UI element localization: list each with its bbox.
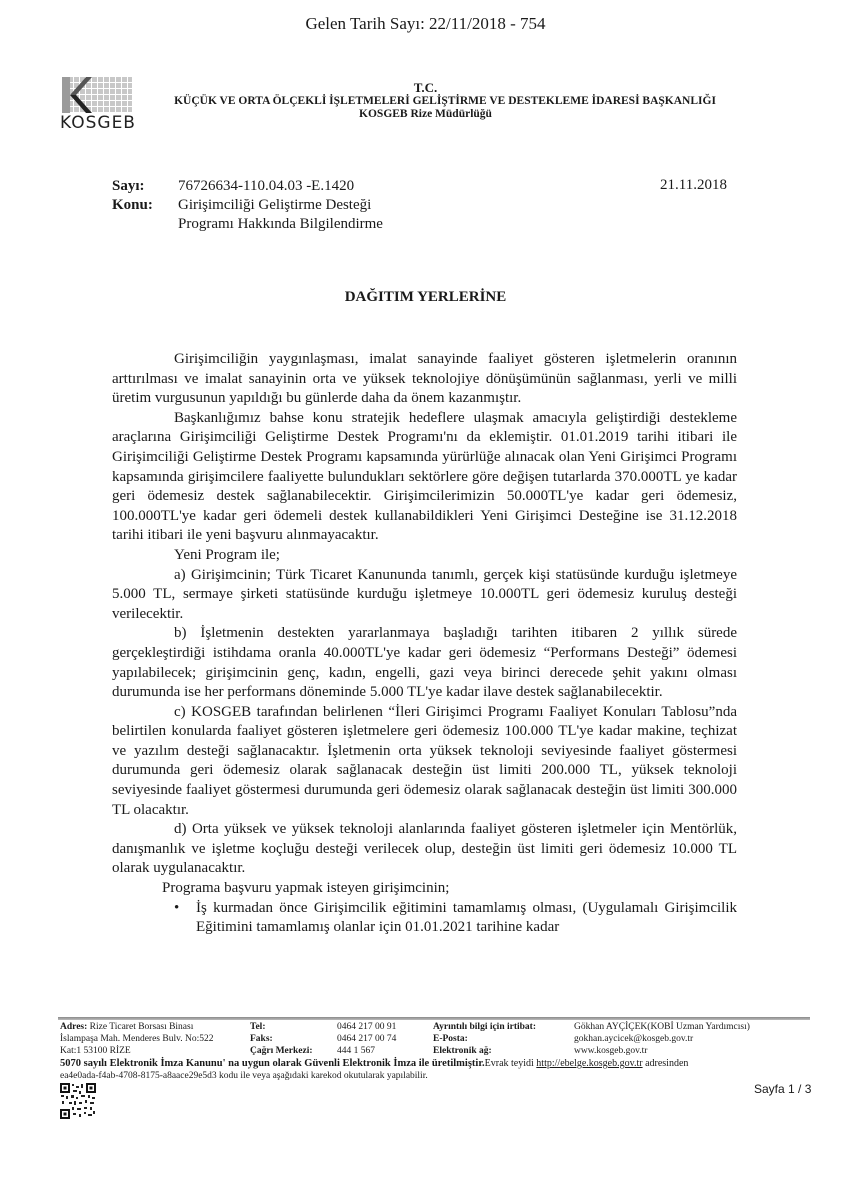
footer-divider: [58, 1017, 810, 1020]
sayi-value: 76726634-110.04.03 -E.1420: [178, 177, 354, 196]
document-date: 21.11.2018: [660, 177, 727, 194]
document-body: Girişimciliğin yaygınlaşması, imalat san…: [112, 350, 737, 938]
call-center-number: 444 1 567: [337, 1045, 396, 1057]
list-item: •İş kurmadan önce Girişimcilik eğitimini…: [112, 899, 737, 938]
phone-number: 0464 217 00 91: [337, 1021, 396, 1033]
paragraph-4: Programa başvuru yapmak isteyen girişimc…: [112, 879, 737, 899]
paragraph-1: Girişimciliğin yaygınlaşması, imalat san…: [112, 350, 737, 409]
item-b: b) İşletmenin destekten yararlanmaya baş…: [112, 624, 737, 702]
bullet-icon: •: [174, 899, 179, 919]
konu-line2: Programı Hakkında Bilgilendirme: [178, 215, 383, 234]
item-a: a) Girişimcinin; Türk Ticaret Kanununda …: [112, 566, 737, 625]
paragraph-3: Yeni Program ile;: [112, 546, 737, 566]
footer-address: Adres: Rize Ticaret Borsası Binası İslam…: [60, 1021, 213, 1057]
verification-link[interactable]: http://ebelge.kosgeb.gov.tr: [536, 1058, 642, 1069]
footer-phone-labels: Tel: Faks: Çağrı Merkezi:: [250, 1021, 313, 1057]
footer-contact-labels: Ayrıntılı bilgi için irtibat: E-Posta: E…: [433, 1021, 536, 1057]
header-institution: KÜÇÜK VE ORTA ÖLÇEKLİ İŞLETMELERİ GELİŞT…: [95, 95, 795, 107]
document-title: DAĞITIM YERLERİNE: [0, 289, 851, 306]
contact-email[interactable]: gokhan.aycicek@kosgeb.gov.tr: [574, 1033, 750, 1045]
sayi-label: Sayı:: [112, 177, 145, 196]
requirements-list: •İş kurmadan önce Girişimcilik eğitimini…: [112, 899, 737, 938]
item-d: d) Orta yüksek ve yüksek teknoloji alanl…: [112, 820, 737, 879]
website-link[interactable]: www.kosgeb.gov.tr: [574, 1045, 750, 1057]
fax-number: 0464 217 00 74: [337, 1033, 396, 1045]
verification-code: ea4e0ada-f4ab-4708-8175-a8aace29e5d3 kod…: [60, 1071, 428, 1081]
footer-phone-values: 0464 217 00 91 0464 217 00 74 444 1 567: [337, 1021, 396, 1057]
qr-code-icon[interactable]: [60, 1083, 96, 1119]
item-c: c) KOSGEB tarafından belirlenen “İleri G…: [112, 703, 737, 821]
footer-contact-values: Gökhan AYÇİÇEK(KOBİ Uzman Yardımcısı) go…: [574, 1021, 750, 1057]
paragraph-2: Başkanlığımız bahse konu stratejik hedef…: [112, 409, 737, 546]
received-date-stamp: Gelen Tarih Sayı: 22/11/2018 - 754: [0, 14, 851, 34]
header-directorate: KOSGEB Rize Müdürlüğü: [0, 108, 851, 120]
contact-person: Gökhan AYÇİÇEK(KOBİ Uzman Yardımcısı): [574, 1021, 750, 1033]
konu-label: Konu:: [112, 196, 153, 215]
header-tc: T.C.: [0, 80, 851, 96]
konu-line1: Girişimciliği Geliştirme Desteği: [178, 196, 371, 215]
page-number: Sayfa 1 / 3: [754, 1082, 811, 1096]
esignature-notice: 5070 sayılı Elektronik İmza Kanunu' na u…: [60, 1058, 840, 1069]
